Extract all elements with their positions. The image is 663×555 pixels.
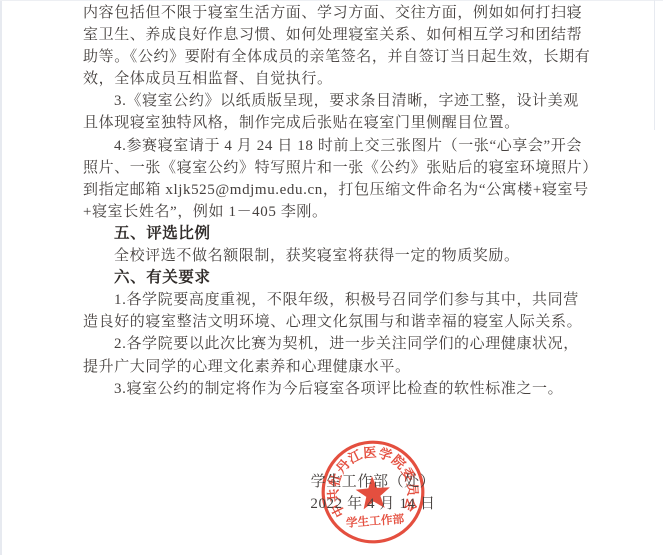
text-line: 内容包括但不限于寝室生活方面、学习方面、交往方面，例如如何打扫寝 <box>83 2 583 24</box>
text-line: 2.各学院要以此次比赛为契机，进一步关注同学们的心理健康状况， <box>83 333 583 355</box>
section-heading: 六、有关要求 <box>83 267 583 289</box>
text-line: 且体现寝室独特风格，制作完成后张贴在寝室门里侧醒目位置。 <box>83 112 583 134</box>
signature-date: 2022 年 4 月 14 日 <box>278 493 468 515</box>
signature-department: 学生工作部（处） <box>278 471 468 493</box>
page-top-edge <box>0 0 663 1</box>
text-line: 助等。《公约》要附有全体成员的亲笔签名，并自签订当日起生效，长期有 <box>83 46 583 68</box>
text-line: 1.各学院要高度重视，不限年级，积极号召同学们参与其中，共同营 <box>83 289 583 311</box>
text-line: 全校评选不做名额限制，获奖寝室将获得一定的物质奖励。 <box>83 245 583 267</box>
text-line: 4.参赛寝室请于 4 月 24 日 18 时前上交三张图片（一张“心享会”开会 <box>83 135 583 157</box>
text-line: 室卫生、养成良好作息习惯、如何处理寝室关系、如何相互学习和团结帮 <box>83 24 583 46</box>
page-left-edge <box>0 0 2 555</box>
text-line: 提升广大同学的心理文化素养和心理健康水平。 <box>83 356 583 378</box>
section-heading: 五、评选比例 <box>83 223 583 245</box>
page-right-edge <box>654 0 655 130</box>
text-line: 造良好的寝室整洁文明环境、心理文化氛围与和谐幸福的寝室人际关系。 <box>83 311 583 333</box>
text-line: +寝室长姓名”，例如 1－405 李刚。 <box>83 201 583 223</box>
text-line: 3.寝室公约的制定将作为今后寝室各项评比检查的软性标准之一。 <box>83 378 583 400</box>
text-line: 到指定邮箱 xljk525@mdjmu.edu.cn，打包压缩文件命名为“公寓楼… <box>83 179 583 201</box>
text-line: 照片、一张《寝室公约》特写照片和一张《公约》张贴后的寝室环境照片） <box>83 157 583 179</box>
document-body: 内容包括但不限于寝室生活方面、学习方面、交往方面，例如如何打扫寝室卫生、养成良好… <box>83 2 583 400</box>
text-line: 效，全体成员互相监督、自觉执行。 <box>83 68 583 90</box>
signature-block: 学生工作部（处） 2022 年 4 月 14 日 <box>278 471 468 515</box>
text-line: 3.《寝室公约》以纸质版呈现，要求条目清晰，字迹工整，设计美观 <box>83 90 583 112</box>
